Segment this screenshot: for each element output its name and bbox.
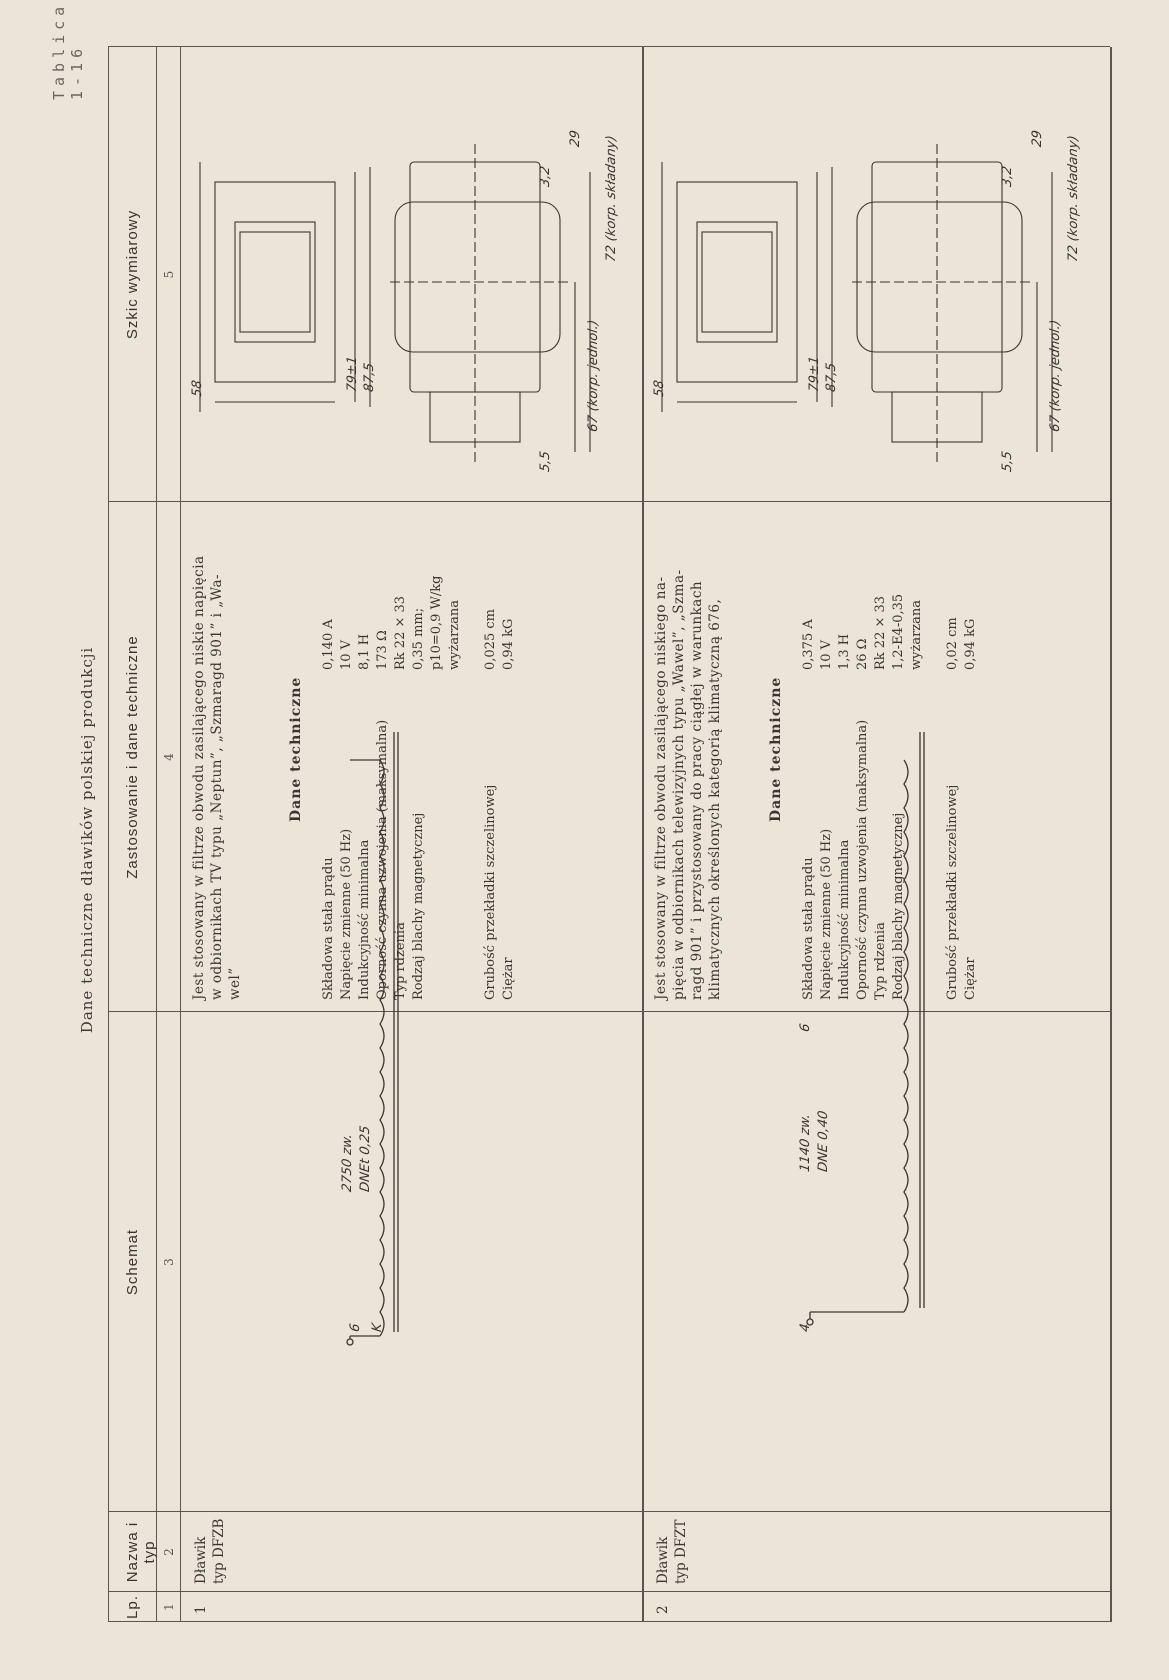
spec-row: Grubość przekładki szczelinowej0,02 cm bbox=[944, 594, 962, 1000]
header-sketch: Szkic wymiarowy bbox=[124, 47, 141, 502]
spec-row: Napięcie zmienne (50 Hz)10 V bbox=[338, 575, 356, 1000]
dim-29: 29 bbox=[568, 129, 584, 148]
schematic-wire: DNE 0,40 bbox=[816, 1110, 832, 1173]
colnum-4: 4 bbox=[162, 502, 176, 1012]
dim-29: 29 bbox=[1030, 129, 1046, 148]
header-divider bbox=[156, 47, 157, 1622]
spec-row bbox=[464, 575, 482, 1000]
dim-inner: 79±1 bbox=[807, 355, 823, 393]
table-border-bottom bbox=[1110, 47, 1112, 1622]
header-schematic: Schemat bbox=[124, 1012, 141, 1512]
spec-row: wyżarzana bbox=[446, 575, 464, 1000]
spec-row: wyżarzana bbox=[908, 594, 926, 1000]
dim-5-5: 5,5 bbox=[538, 450, 554, 473]
rotated-content: Tablica 1-16 Dane techniczne dławików po… bbox=[0, 0, 1169, 1680]
spec-row: Składowa stała prądu0,140 A bbox=[320, 575, 338, 1000]
header-name: Nazwa i typ bbox=[124, 1512, 158, 1592]
schematic-turns: 2750 zw. bbox=[340, 1133, 356, 1193]
header-lp: Lp. bbox=[124, 1592, 141, 1622]
colnum-5: 5 bbox=[162, 47, 176, 502]
dim-hole: 3,2 bbox=[1000, 165, 1016, 188]
schematic-wire: DNEt 0,25 bbox=[358, 1125, 374, 1193]
spec-row: Rodzaj blachy magnetycznej0,35 mm; bbox=[410, 575, 428, 1000]
spec-row: Indukcyjność minimalna8,1 H bbox=[356, 575, 374, 1000]
coil-schematic-icon bbox=[642, 1012, 1102, 1512]
dim-body-assembled: 72 (korp. składany) bbox=[1066, 135, 1082, 264]
specs-heading: Dane techniczne bbox=[288, 677, 304, 822]
dimension-sketch-icon bbox=[642, 47, 1102, 502]
header-application: Zastosowanie i dane techniczne bbox=[124, 502, 141, 1012]
spec-row: Indukcyjność minimalna1,3 H bbox=[836, 594, 854, 1000]
row-number: 1 bbox=[192, 1605, 210, 1614]
specs-list: Składowa stała prądu0,140 A Napięcie zmi… bbox=[320, 575, 518, 1000]
dim-body-single: 67 (korp. jednol.) bbox=[1048, 319, 1064, 433]
dim-outer: 87,5 bbox=[362, 362, 378, 393]
dim-body-assembled: 72 (korp. składany) bbox=[604, 135, 620, 264]
data-table: Lp. Nazwa i typ Schemat Zastosowanie i d… bbox=[108, 47, 1110, 1622]
col-divider-1 bbox=[108, 1591, 1110, 1592]
dim-width: 58 bbox=[652, 379, 668, 398]
application-description: Jest stosowany w filtrze obwodu zasilają… bbox=[652, 510, 724, 1000]
dim-5-5: 5,5 bbox=[1000, 450, 1016, 473]
colnum-2: 2 bbox=[162, 1512, 176, 1592]
specs-heading: Dane techniczne bbox=[768, 677, 784, 822]
specs-list: Składowa stała prądu0,375 A Napięcie zmi… bbox=[800, 594, 980, 1000]
item-name: Dławik typ DFZT bbox=[654, 1519, 690, 1584]
spec-row: Ciężar0,94 kG bbox=[962, 594, 980, 1000]
dim-outer: 87,5 bbox=[824, 362, 840, 393]
spec-row: Typ rdzeniaRk 22 × 33 bbox=[872, 594, 890, 1000]
colnum-1: 1 bbox=[162, 1592, 176, 1622]
dim-width: 58 bbox=[190, 379, 206, 398]
spec-row: Oporność czynna uzwojenia (maksymalna)17… bbox=[374, 575, 392, 1000]
spec-row: Rodzaj blachy magnetycznej1,2-E4-0,35 bbox=[890, 594, 908, 1000]
spec-row: Napięcie zmienne (50 Hz)10 V bbox=[818, 594, 836, 1000]
dim-body-single: 67 (korp. jednol.) bbox=[586, 319, 602, 433]
spec-row: Oporność czynna uzwojenia (maksymalna)26… bbox=[854, 594, 872, 1000]
spec-row: Składowa stała prądu0,375 A bbox=[800, 594, 818, 1000]
dim-inner: 79±1 bbox=[345, 355, 361, 393]
spec-row: Ciężar0,94 kG bbox=[500, 575, 518, 1000]
scanned-page: Tablica 1-16 Dane techniczne dławików po… bbox=[0, 0, 1169, 1680]
colnum-3: 3 bbox=[162, 1012, 176, 1512]
coil-schematic-icon bbox=[180, 1012, 640, 1512]
spec-row: Grubość przekładki szczelinowej0,025 cm bbox=[482, 575, 500, 1000]
item-name: Dławik typ DFZB bbox=[192, 1519, 228, 1584]
table-border-top bbox=[108, 47, 109, 1622]
row-number: 2 bbox=[654, 1605, 672, 1614]
spec-row bbox=[926, 594, 944, 1000]
spec-row: Typ rdzeniaRk 22 × 33 bbox=[392, 575, 410, 1000]
schematic-turns: 1140 zw. bbox=[798, 1113, 814, 1173]
dim-hole: 3,2 bbox=[538, 165, 554, 188]
application-description: Jest stosowany w filtrze obwodu zasilają… bbox=[190, 510, 244, 1000]
page-title: Dane techniczne dławików polskiej produk… bbox=[78, 0, 96, 1680]
table-border-left bbox=[108, 1621, 1110, 1622]
dimension-sketch-icon bbox=[180, 47, 640, 502]
spec-row: p10=0,9 W/kg bbox=[428, 575, 446, 1000]
